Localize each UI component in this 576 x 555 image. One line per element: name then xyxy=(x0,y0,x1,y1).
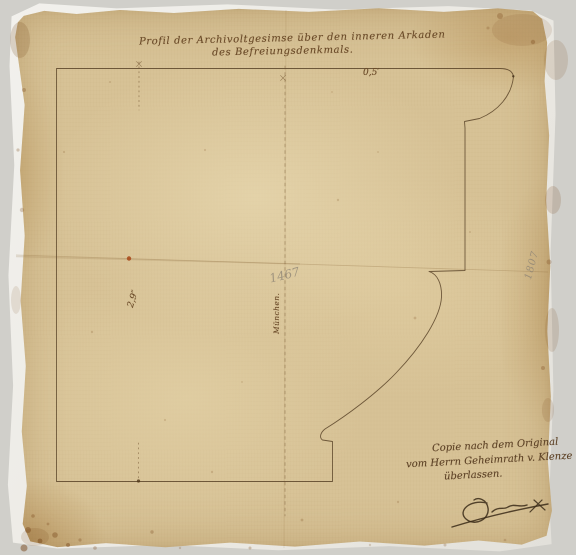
ink-dot-bottom-axis xyxy=(137,479,140,482)
scanned-drawing: Profil der Archivoltgesimse über den inn… xyxy=(0,0,576,555)
x-mark-center-axis xyxy=(281,76,286,81)
dimension-label-top: 0,5′ xyxy=(363,68,379,78)
horizontal-fold-crease-soft xyxy=(16,257,300,265)
red-sealing-dot xyxy=(127,256,131,260)
axis-label-muenchen: München. xyxy=(272,293,281,334)
construction-lines xyxy=(127,62,286,517)
ink-dot-top-right xyxy=(512,75,514,77)
signature xyxy=(452,499,548,527)
signature-loop xyxy=(463,499,488,523)
